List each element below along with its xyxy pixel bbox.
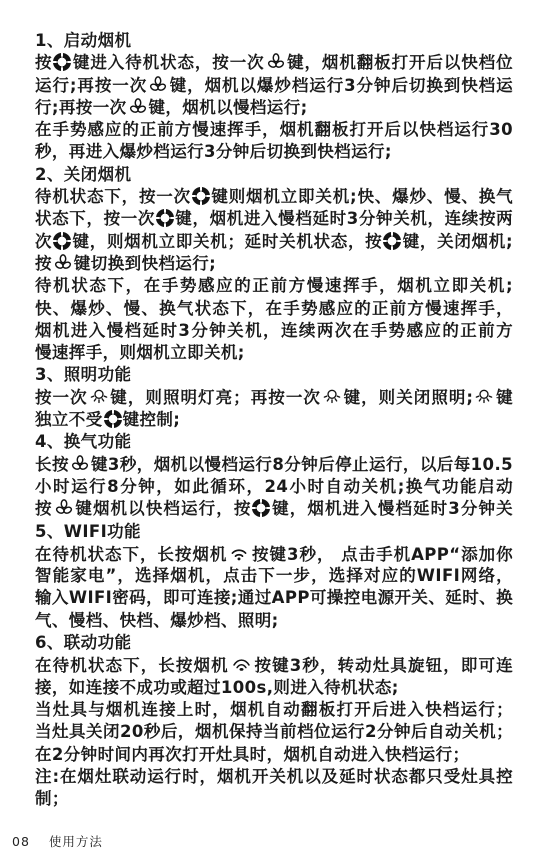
page-footer: 08 使用方法 (12, 832, 103, 850)
fan-key-icon (53, 253, 73, 273)
section-title: 2、关闭烟机 (35, 164, 513, 186)
text-line: 按一次 键，则照明灯亮；再按一次 键，则关闭照明; 键 (35, 387, 513, 409)
text-line: 秒，再进入爆炒档运行3分钟后切换到快档运行; (35, 141, 513, 163)
text-segment: 键，烟机以慢档运行; (149, 98, 308, 117)
text-segment: 气、慢档、快档、爆炒档、照明; (35, 611, 279, 630)
text-line: 气、慢档、快档、爆炒档、照明; (35, 610, 513, 632)
document-body: 1、启动烟机按键进入待机状态，按一次 键，烟机翻板打开后以快档位运行;再按一次 … (35, 30, 513, 810)
text-line: 在待机状态下，长按烟机 按键3秒， 点击手机APP“添加你的 (35, 543, 513, 565)
text-segment: 键，则关闭照明; (343, 388, 474, 407)
fan-key-icon (70, 454, 90, 474)
text-segment: 快、爆炒、慢、换气状态下，在手势感应的正前方慢速挥手， (35, 299, 513, 318)
text-segment: 状态下，按一次 (35, 209, 155, 228)
text-line: 按 键切换到快档运行; (35, 253, 513, 275)
text-line: 烟机进入慢档延时3分钟关机，连续两次在手势感应的正前方 (35, 320, 513, 342)
text-segment: 烟机进入慢档延时3分钟关机，连续两次在手势感应的正前方 (35, 321, 513, 340)
text-line: 当灶具与烟机连接上时，烟机自动翻板打开后进入快档运行； (35, 699, 513, 721)
power-key-icon (383, 232, 401, 250)
text-line: 注:在烟灶联动运行时，烟机开关机以及延时状态都只受灶具控 (35, 766, 513, 788)
fan-key-icon (54, 498, 74, 518)
text-line: 慢速挥手，则烟机立即关机; (35, 342, 513, 364)
text-line: 待机状态下，在手势感应的正前方慢速挥手，烟机立即关机; (35, 275, 513, 297)
text-line: 按键进入待机状态，按一次 键，烟机翻板打开后以快档位 (35, 52, 513, 74)
text-segment: 键，则照明灯亮；再按一次 (110, 388, 321, 407)
text-segment: 智能家电”，选择烟机，点击下一步，选择对应的WIFI网络， (35, 566, 513, 585)
text-line: 待机状态下，按一次键则烟机立即关机;快、爆炒、慢、换气 (35, 186, 513, 208)
text-line: 长按 键3秒，烟机以慢档运行8分钟后停止运行，以后每10.5 (35, 454, 513, 476)
text-segment: 键，则烟机立即关机；延时关机状态，按 (72, 232, 382, 251)
text-segment: 注:在烟灶联动运行时，烟机开关机以及延时状态都只受灶具控 (35, 767, 513, 786)
text-segment: 键，烟机进入慢档延时3分钟关机，连续按两 (175, 209, 513, 228)
text-segment: 在待机状态下，长按烟机 (35, 545, 227, 564)
manual-page: 1、启动烟机按键进入待机状态，按一次 键，烟机翻板打开后以快档位运行;再按一次 … (0, 0, 546, 859)
text-segment: 键，烟机翻板打开后以快档位 (287, 53, 513, 72)
text-line: 在待机状态下，长按烟机 按键3秒，转动灶具旋钮，即可连 (35, 654, 513, 676)
text-line: 行;再按一次 键，烟机以慢档运行; (35, 97, 513, 119)
text-line: 在手势感应的正前方慢速挥手，烟机翻板打开后以快档运行30 (35, 119, 513, 141)
text-segment: 按键3秒，转动灶具旋钮，即可连 (254, 656, 513, 675)
text-line: 制； (35, 788, 513, 810)
power-key-icon (53, 53, 71, 71)
power-key-icon (104, 410, 122, 428)
text-segment: 接，如连接不成功或超过100s,则进入待机状态; (35, 678, 399, 697)
text-segment: 按一次 (35, 388, 88, 407)
text-line: 当灶具关闭20秒后，烟机保持当前档位运行2分钟后自动关机； (35, 721, 513, 743)
light-key-icon (474, 387, 494, 407)
text-segment: 输入WIFI密码，即可连接;通过APP可操控电源开关、延时、换 (35, 588, 513, 607)
section-title: 6、联动功能 (35, 632, 513, 654)
text-segment: 次 (35, 232, 52, 251)
text-line: 独立不受键控制; (35, 409, 513, 431)
text-segment: 按 (35, 254, 52, 273)
fan-key-icon (148, 75, 168, 95)
text-segment: 独立不受 (35, 410, 103, 429)
text-segment: 慢速挥手，则烟机立即关机; (35, 343, 245, 362)
text-segment: 键烟机以快档运行，按 (75, 499, 252, 518)
text-segment: 小时运行8分钟，如此循环，24小时自动关机;换气功能启动时， (35, 477, 513, 498)
text-segment: 键3秒，烟机以慢档运行8分钟后停止运行，以后每10.5 (91, 455, 513, 474)
text-line: 智能家电”，选择烟机，点击下一步，选择对应的WIFI网络， (35, 565, 513, 587)
text-segment: 按 (35, 499, 53, 518)
text-line: 按 键烟机以快档运行，按键，烟机进入慢档延时3分钟关机; (35, 498, 513, 520)
text-segment: 行;再按一次 (35, 98, 127, 117)
wifi-key-icon (228, 543, 250, 564)
fan-key-icon (128, 97, 148, 117)
power-key-icon (192, 187, 210, 205)
section-title: 4、换气功能 (35, 431, 513, 453)
text-line: 接，如连接不成功或超过100s,则进入待机状态; (35, 677, 513, 699)
text-line: 快、爆炒、慢、换气状态下，在手势感应的正前方慢速挥手， (35, 298, 513, 320)
text-segment: 秒，再进入爆炒档运行3分钟后切换到快档运行; (35, 142, 392, 161)
text-segment: 在2分钟时间内再次打开灶具时，烟机自动进入快档运行； (35, 745, 469, 764)
text-line: 在2分钟时间内再次打开灶具时，烟机自动进入快档运行； (35, 744, 513, 766)
text-line: 次键，则烟机立即关机；延时关机状态，按键，关闭烟机; (35, 231, 513, 253)
text-segment: 运行;再按一次 (35, 76, 147, 95)
section-title: 3、照明功能 (35, 364, 513, 386)
text-segment: 当灶具关闭20秒后，烟机保持当前档位运行2分钟后自动关机； (35, 722, 513, 741)
text-segment: 长按 (35, 455, 69, 474)
text-segment: 键控制; (123, 410, 181, 429)
text-segment: 键进入待机状态，按一次 (72, 53, 264, 72)
light-key-icon (322, 387, 342, 407)
text-segment: 键切换到快档运行; (74, 254, 216, 273)
text-segment: 键，烟机以爆炒档运行3分钟后切换到快档运 (169, 76, 513, 95)
text-segment: 当灶具与烟机连接上时，烟机自动翻板打开后进入快档运行； (35, 700, 513, 719)
text-segment: 键则烟机立即关机;快、爆炒、慢、换气 (211, 187, 513, 206)
power-key-icon (53, 232, 71, 250)
text-segment: 待机状态下，在手势感应的正前方慢速挥手，烟机立即关机; (35, 276, 513, 295)
text-segment: 键，关闭烟机; (402, 232, 513, 251)
fan-key-icon (266, 52, 286, 72)
power-key-icon (252, 499, 270, 517)
text-line: 输入WIFI密码，即可连接;通过APP可操控电源开关、延时、换 (35, 587, 513, 609)
text-segment: 在手势感应的正前方慢速挥手，烟机翻板打开后以快档运行30 (35, 120, 513, 139)
text-line: 运行;再按一次 键，烟机以爆炒档运行3分钟后切换到快档运 (35, 75, 513, 97)
page-number: 08 (12, 834, 30, 849)
text-segment: 待机状态下，按一次 (35, 187, 191, 206)
link-key-icon (230, 654, 253, 675)
text-line: 状态下，按一次键，烟机进入慢档延时3分钟关机，连续按两 (35, 208, 513, 230)
section-title: 5、WIFI功能 (35, 521, 513, 543)
power-key-icon (156, 209, 174, 227)
section-title: 1、启动烟机 (35, 30, 513, 52)
light-key-icon (89, 387, 109, 407)
text-segment: 在待机状态下，长按烟机 (35, 656, 229, 675)
text-segment: 键 (495, 388, 513, 407)
text-segment: 按 (35, 53, 52, 72)
text-line: 小时运行8分钟，如此循环，24小时自动关机;换气功能启动时， (35, 476, 513, 498)
text-segment: 制； (35, 789, 69, 808)
footer-section-label: 使用方法 (49, 834, 103, 849)
